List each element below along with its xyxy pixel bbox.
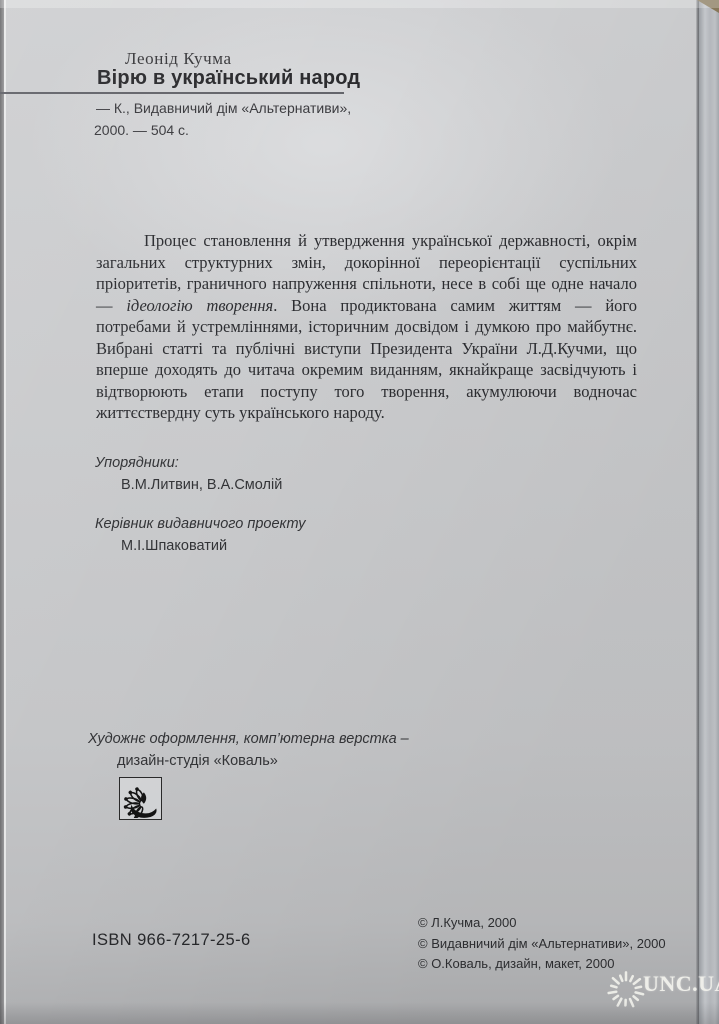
annotation-paragraph: Процес становлення й утвердження українс… (96, 230, 637, 424)
imprint-line-1: — К., Видавничий дім «Альтернативи», (96, 100, 351, 116)
page-bottom-shadow (0, 1002, 719, 1024)
compilers-label: Упорядники: (95, 455, 179, 471)
book-title: Вірю в український народ (97, 67, 360, 90)
imprint-line-2: 2000. — 504 с. (94, 122, 189, 138)
page-left-edge-highlight (4, 0, 6, 1024)
paper-sheen-overlay (0, 0, 719, 1024)
compilers-names: В.М.Литвин, В.А.Смолій (121, 477, 282, 493)
flower-stamp-icon (122, 780, 160, 818)
book-page-photo: Леонід Кучма Вірю в український народ — … (0, 0, 719, 1024)
copyright-line-publisher: © Видавничий дім «Альтернативи», 2000 (418, 934, 666, 955)
copyright-line-author: © Л.Кучма, 2000 (418, 913, 666, 934)
book-author: Леонід Кучма (125, 49, 232, 69)
annotation-italic-phrase: ідеологію творення (126, 296, 273, 315)
isbn-number: ISBN 966-7217-25-6 (92, 931, 251, 950)
header-divider-rule (0, 92, 344, 94)
design-credit-label: Художнє оформлення, комп’ютерна верстка … (88, 731, 409, 747)
design-studio-name: дизайн-студія «Коваль» (117, 753, 278, 769)
project-manager-label: Керівник видавничого проекту (95, 516, 306, 532)
watermark-text: UNC.UA (643, 971, 719, 997)
page-right-paper-stack (699, 0, 719, 1024)
page-right-edge-line (696, 0, 699, 1024)
page-top-edge-highlight (0, 0, 719, 8)
project-manager-name: М.І.Шпаковатий (121, 538, 227, 554)
koval-studio-logo (119, 777, 162, 820)
